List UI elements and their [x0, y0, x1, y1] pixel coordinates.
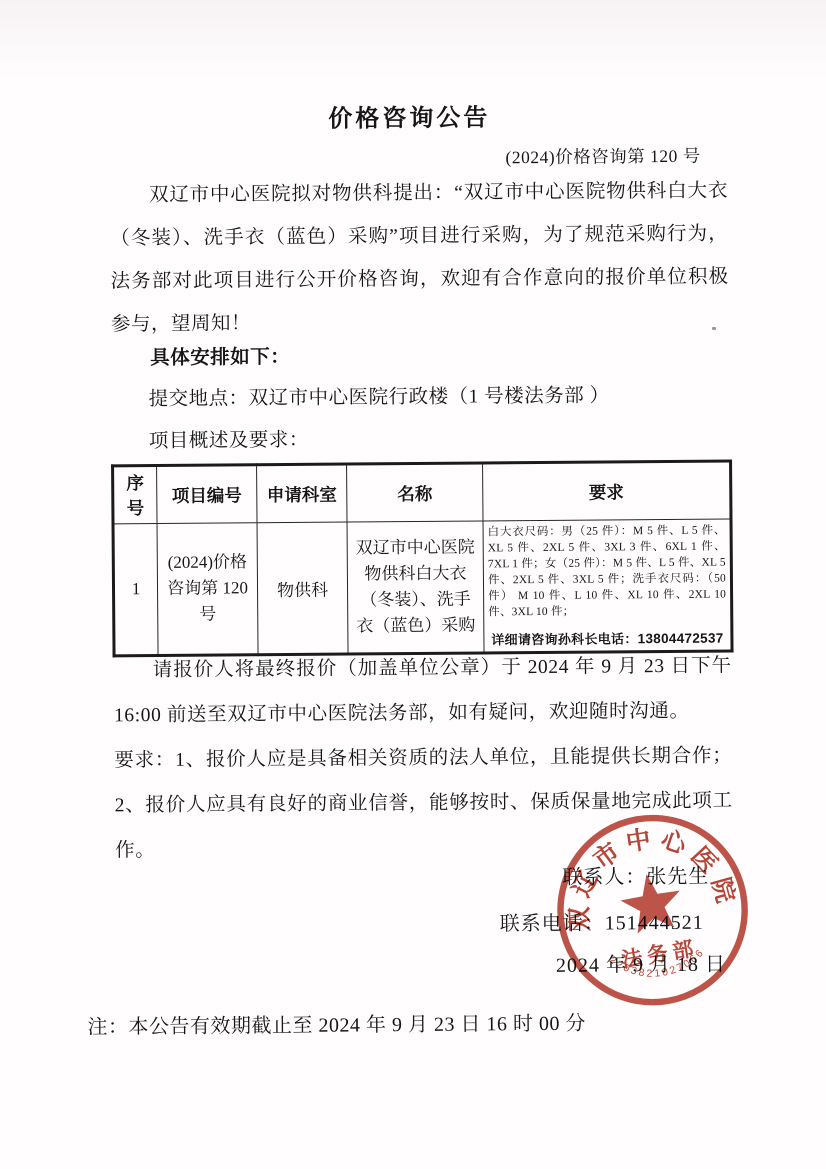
scanned-document-page: 价格咨询公告 (2024)价格咨询第 120 号 双辽市中心医院拟对物供科提出：… [0, 0, 826, 1169]
col-header-project-no: 项目编号 [157, 465, 257, 524]
signature-date-line: 2024 年 9 月 18 日 [556, 948, 726, 978]
document-content: 价格咨询公告 (2024)价格咨询第 120 号 双辽市中心医院拟对物供科提出：… [0, 0, 826, 1169]
cell-name: 双辽市中心医院物供科白大衣（冬装）、洗手衣（蓝色）采购 [347, 521, 484, 654]
cell-project-no: (2024)价格咨询第 120 号 [157, 523, 258, 656]
intro-paragraph: 双辽市中心医院拟对物供科提出：“双辽市中心医院物供科白大衣（冬装）、洗手衣（蓝色… [110, 170, 729, 347]
arrangement-heading: 具体安排如下： [150, 341, 290, 370]
deadline-paragraph: 请报价人将最终报价（加盖单位公章）于 2024 年 9 月 23 日下午 16:… [113, 644, 732, 739]
table-header-row: 序号 项目编号 申请科室 名称 要求 [113, 461, 731, 524]
page-title: 价格咨询公告 [0, 95, 822, 136]
col-header-requirement: 要求 [483, 461, 731, 521]
col-header-name: 名称 [347, 463, 483, 522]
requirement-sizes-text: 白大衣尺码：男（25 件）：M 5 件、L 5 件、XL 5 件、2XL 5 件… [488, 523, 727, 621]
project-table: 序号 项目编号 申请科室 名称 要求 1 (2024)价格咨询第 120 号 物… [111, 459, 733, 657]
submit-location-line: 提交地点：双辽市中心医院行政楼（1 号楼法务部 ） [148, 379, 609, 411]
col-header-seq: 序号 [113, 466, 157, 524]
validity-footnote: 注：本公告有效期截止至 2024 年 9 月 23 日 16 时 00 分 [87, 1007, 586, 1040]
contact-phone-line: 联系电话：151444521 [500, 906, 704, 937]
cell-requirement: 白大衣尺码：男（25 件）：M 5 件、L 5 件、XL 5 件、2XL 5 件… [483, 519, 732, 653]
contact-person-line: 联系人：张先生 [562, 860, 709, 890]
table-row: 1 (2024)价格咨询第 120 号 物供科 双辽市中心医院物供科白大衣（冬装… [113, 519, 732, 656]
cell-department: 物供科 [257, 522, 348, 655]
document-number: (2024)价格咨询第 120 号 [505, 143, 700, 170]
overview-heading: 项目概述及要求： [149, 424, 309, 453]
cell-seq: 1 [113, 524, 158, 656]
requirements-paragraph: 要求：1、报价人应是具备相关资质的法人单位，且能提供长期合作；2、报价人应具有良… [114, 733, 733, 873]
col-header-department: 申请科室 [257, 464, 347, 523]
closing-paragraphs: 请报价人将最终报价（加盖单位公章）于 2024 年 9 月 23 日下午 16:… [113, 644, 733, 874]
